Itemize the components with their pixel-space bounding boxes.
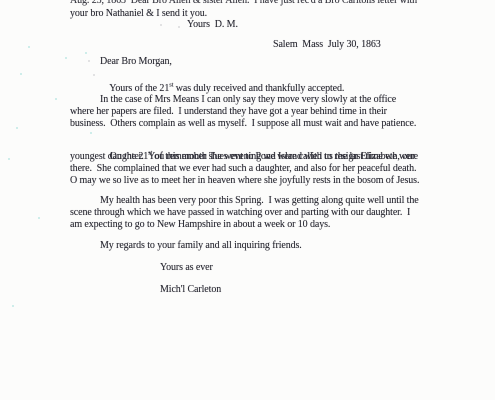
paragraph-elizabeth-line-2: youngest daughter. You remember she went… xyxy=(70,151,418,163)
paragraph-means-line-2: where her papers are filed. I understand… xyxy=(70,106,387,118)
scan-speck xyxy=(20,73,22,75)
scan-speck xyxy=(8,158,10,160)
scan-speck xyxy=(90,132,92,134)
forwarding-note-line-1: Aug. 25, 1863 Dear Bro Allen & sister Al… xyxy=(70,0,417,7)
scan-speck xyxy=(12,305,14,307)
paragraph-health-line-1: My health has been very poor this Spring… xyxy=(100,195,419,207)
paragraph-elizabeth-line-3: there. She complained that we ever had s… xyxy=(70,163,416,175)
letter-closing: Yours as ever xyxy=(160,262,213,274)
paragraph-means-line-1: In the case of Mrs Means I can only say … xyxy=(100,94,396,106)
letter-scan-page: Aug. 25, 1863 Dear Bro Allen & sister Al… xyxy=(0,0,495,400)
scan-speck xyxy=(38,217,40,219)
scan-speck xyxy=(93,74,95,76)
scan-speck xyxy=(28,46,30,48)
letter-salutation: Dear Bro Morgan, xyxy=(100,56,172,68)
paragraph-elizabeth-line-4: O may we so live as to meet her in heave… xyxy=(70,175,419,187)
scan-speck xyxy=(85,52,87,54)
letter-dateline: Salem Mass July 30, 1863 xyxy=(273,39,381,51)
scan-speck xyxy=(55,98,57,100)
letter-regards-line: My regards to your family and all inquir… xyxy=(100,240,302,252)
letter-signature: Mich'l Carleton xyxy=(160,284,221,296)
opening-text-pre: Yours of the 21 xyxy=(109,83,169,94)
opening-text-post: was duly received and thankfully accepte… xyxy=(173,83,344,94)
scan-speck xyxy=(178,26,180,28)
scan-speck xyxy=(16,127,18,129)
paragraph-health-line-2: scene through which we have passed in wa… xyxy=(70,207,410,219)
paragraph-means-line-3: business. Others complain as well as mys… xyxy=(70,118,416,130)
paragraph-health-line-3: am expecting to go to New Hampshire in a… xyxy=(70,219,330,231)
forwarding-note-signature: Yours D. M. xyxy=(187,19,238,31)
scan-speck xyxy=(65,57,67,59)
scan-speck xyxy=(160,24,162,26)
scan-speck xyxy=(88,60,90,62)
